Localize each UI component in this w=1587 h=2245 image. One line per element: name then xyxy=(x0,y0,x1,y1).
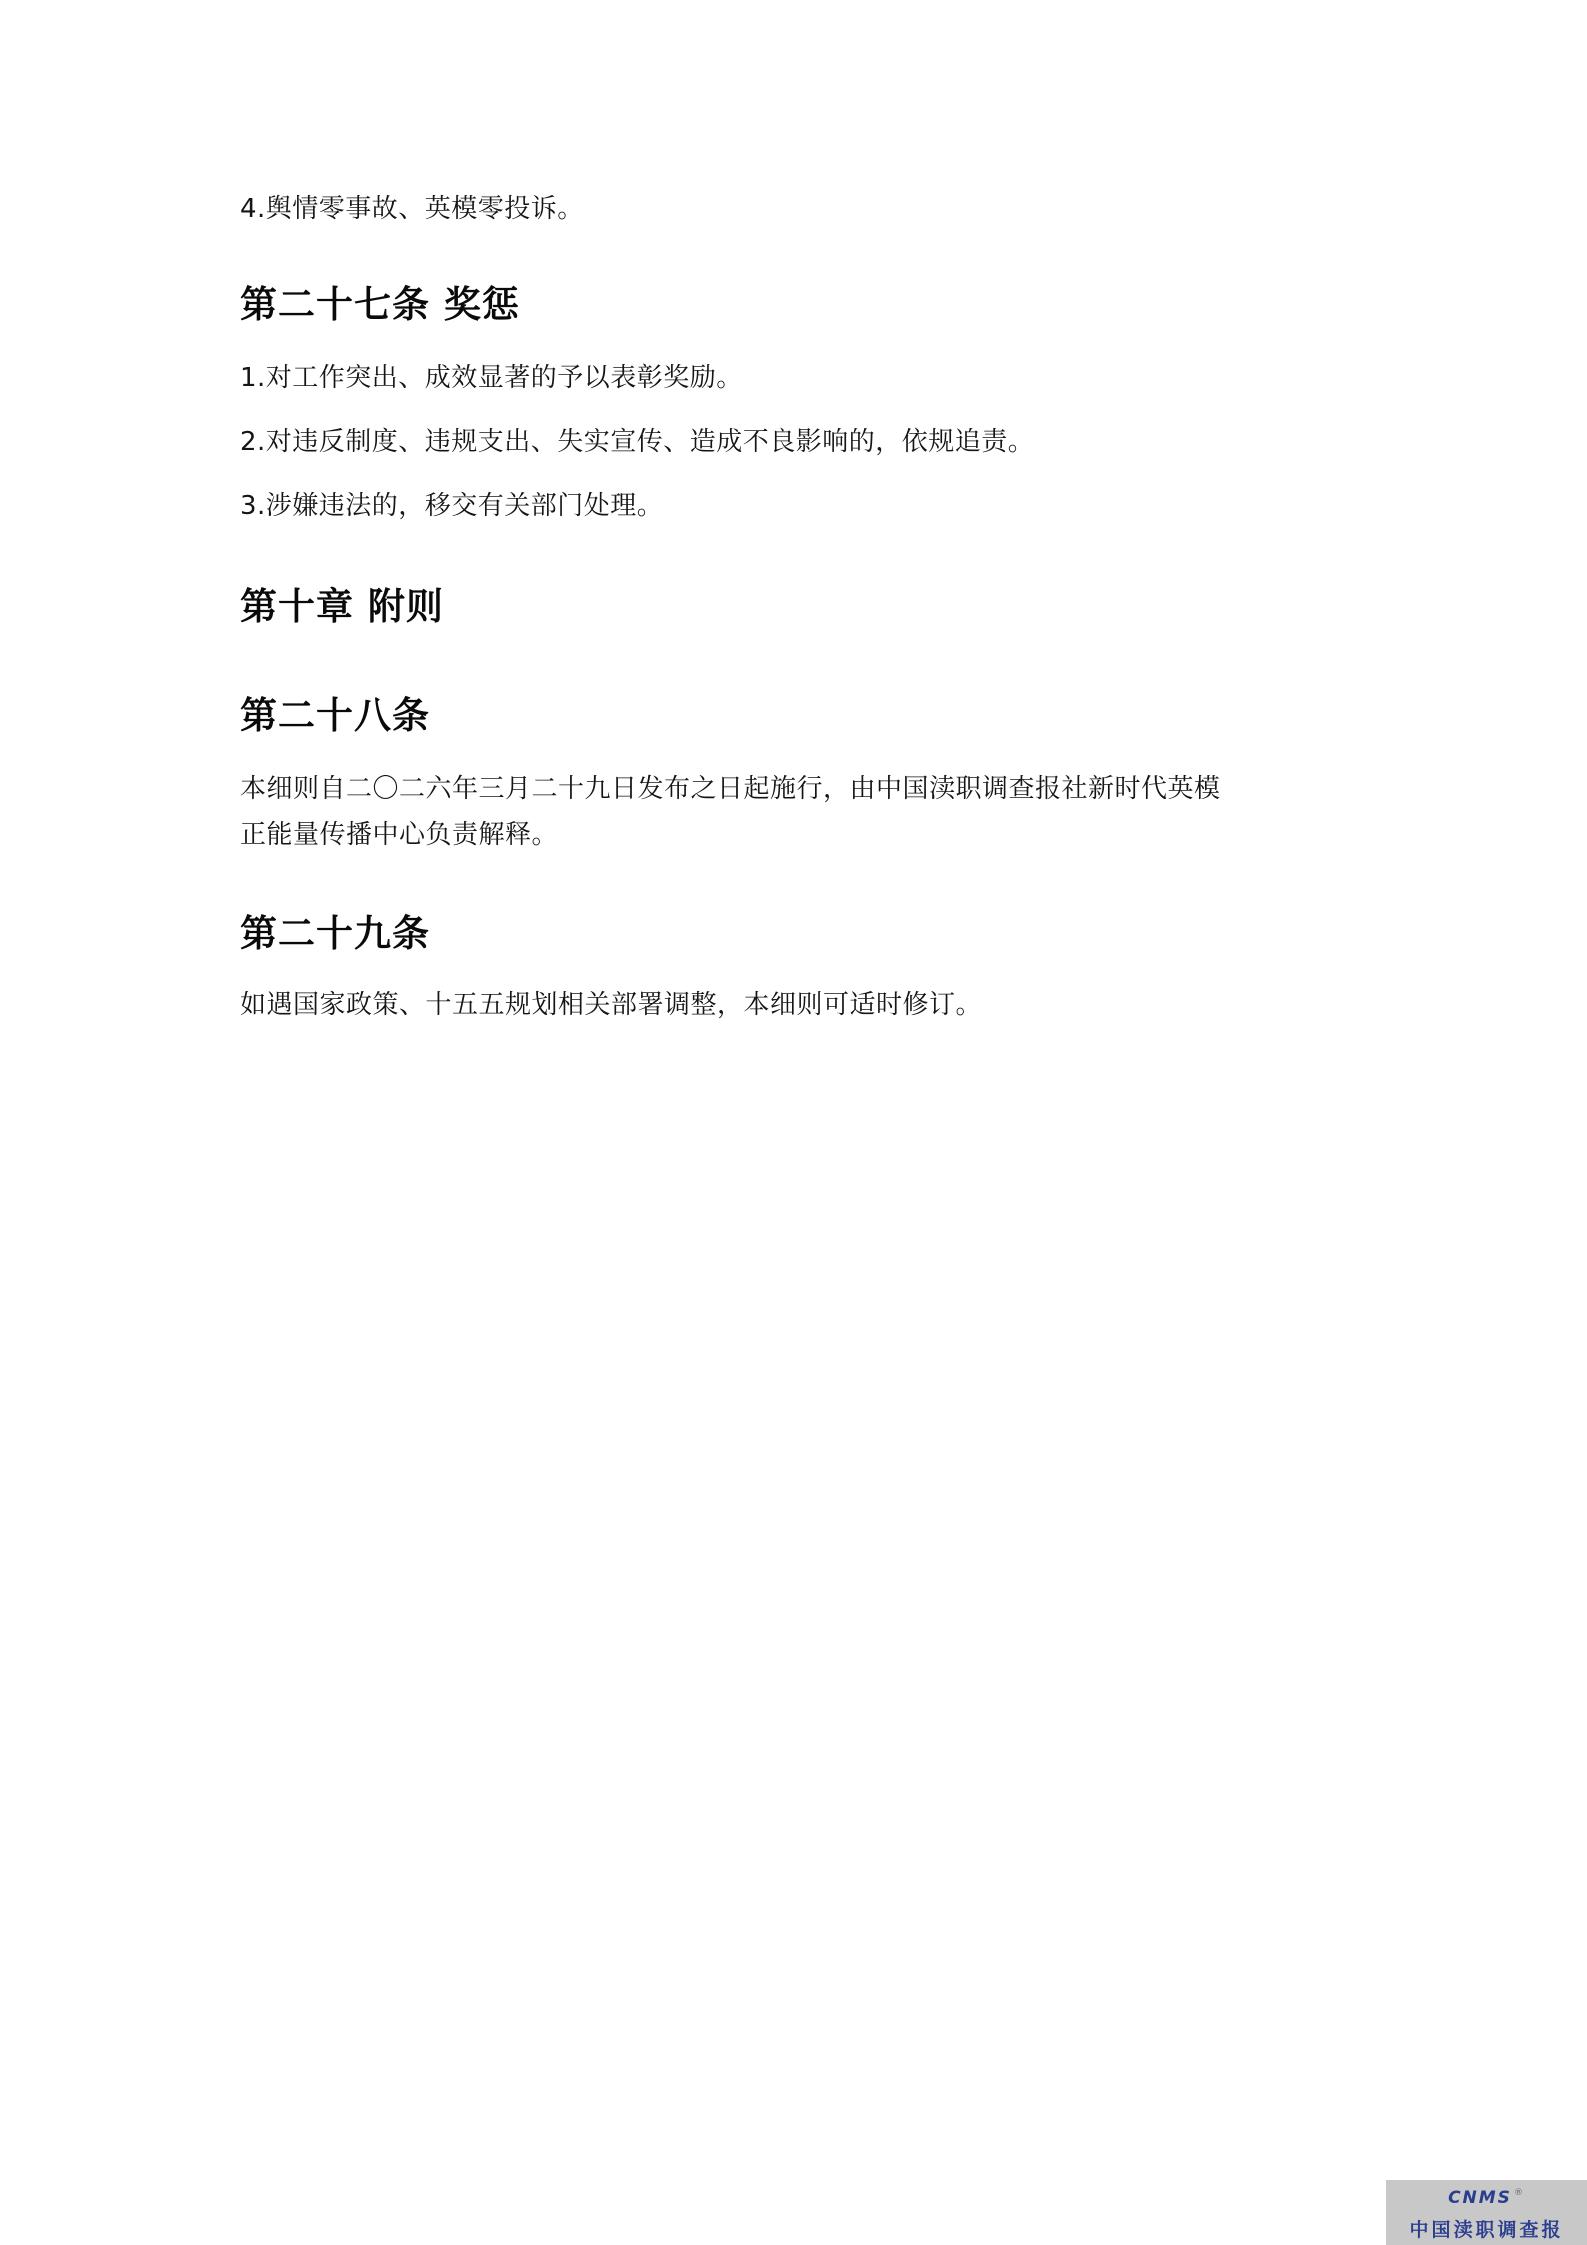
list-item-zero-incident: 4.舆情零事故、英模零投诉。 xyxy=(240,186,584,233)
publisher-logo: CNMS® 中国渎职调查报 xyxy=(1386,2180,1587,2245)
article-28-heading: 第二十八条 xyxy=(240,692,430,740)
article-29-text: 如遇国家政策、十五五规划相关部署调整，本细则可适时修订。 xyxy=(240,982,982,1029)
article-28-text-line-2: 正能量传播中心负责解释。 xyxy=(240,812,558,859)
chapter-10-heading: 第十章 附则 xyxy=(240,583,444,631)
logo-brand-text: CNMS xyxy=(1448,2188,1512,2208)
article-27-heading: 第二十七条 奖惩 xyxy=(240,281,520,329)
article-29-heading: 第二十九条 xyxy=(240,910,430,958)
article-28-text-line-1: 本细则自二〇二六年三月二十九日发布之日起施行，由中国渎职调查报社新时代英模 xyxy=(240,766,1221,813)
registered-trademark-icon: ® xyxy=(1514,2188,1525,2198)
document-page: 4.舆情零事故、英模零投诉。 第二十七条 奖惩 1.对工作突出、成效显著的予以表… xyxy=(0,0,1587,2245)
logo-publisher-name: 中国渎职调查报 xyxy=(1386,2215,1587,2242)
list-item-illegal-referral: 3.涉嫌违法的，移交有关部门处理。 xyxy=(240,483,663,530)
logo-brand-mark: CNMS® xyxy=(1386,2188,1587,2208)
list-item-accountability: 2.对违反制度、违规支出、失实宣传、造成不良影响的，依规追责。 xyxy=(240,419,1034,466)
list-item-rewards: 1.对工作突出、成效显著的予以表彰奖励。 xyxy=(240,355,743,402)
